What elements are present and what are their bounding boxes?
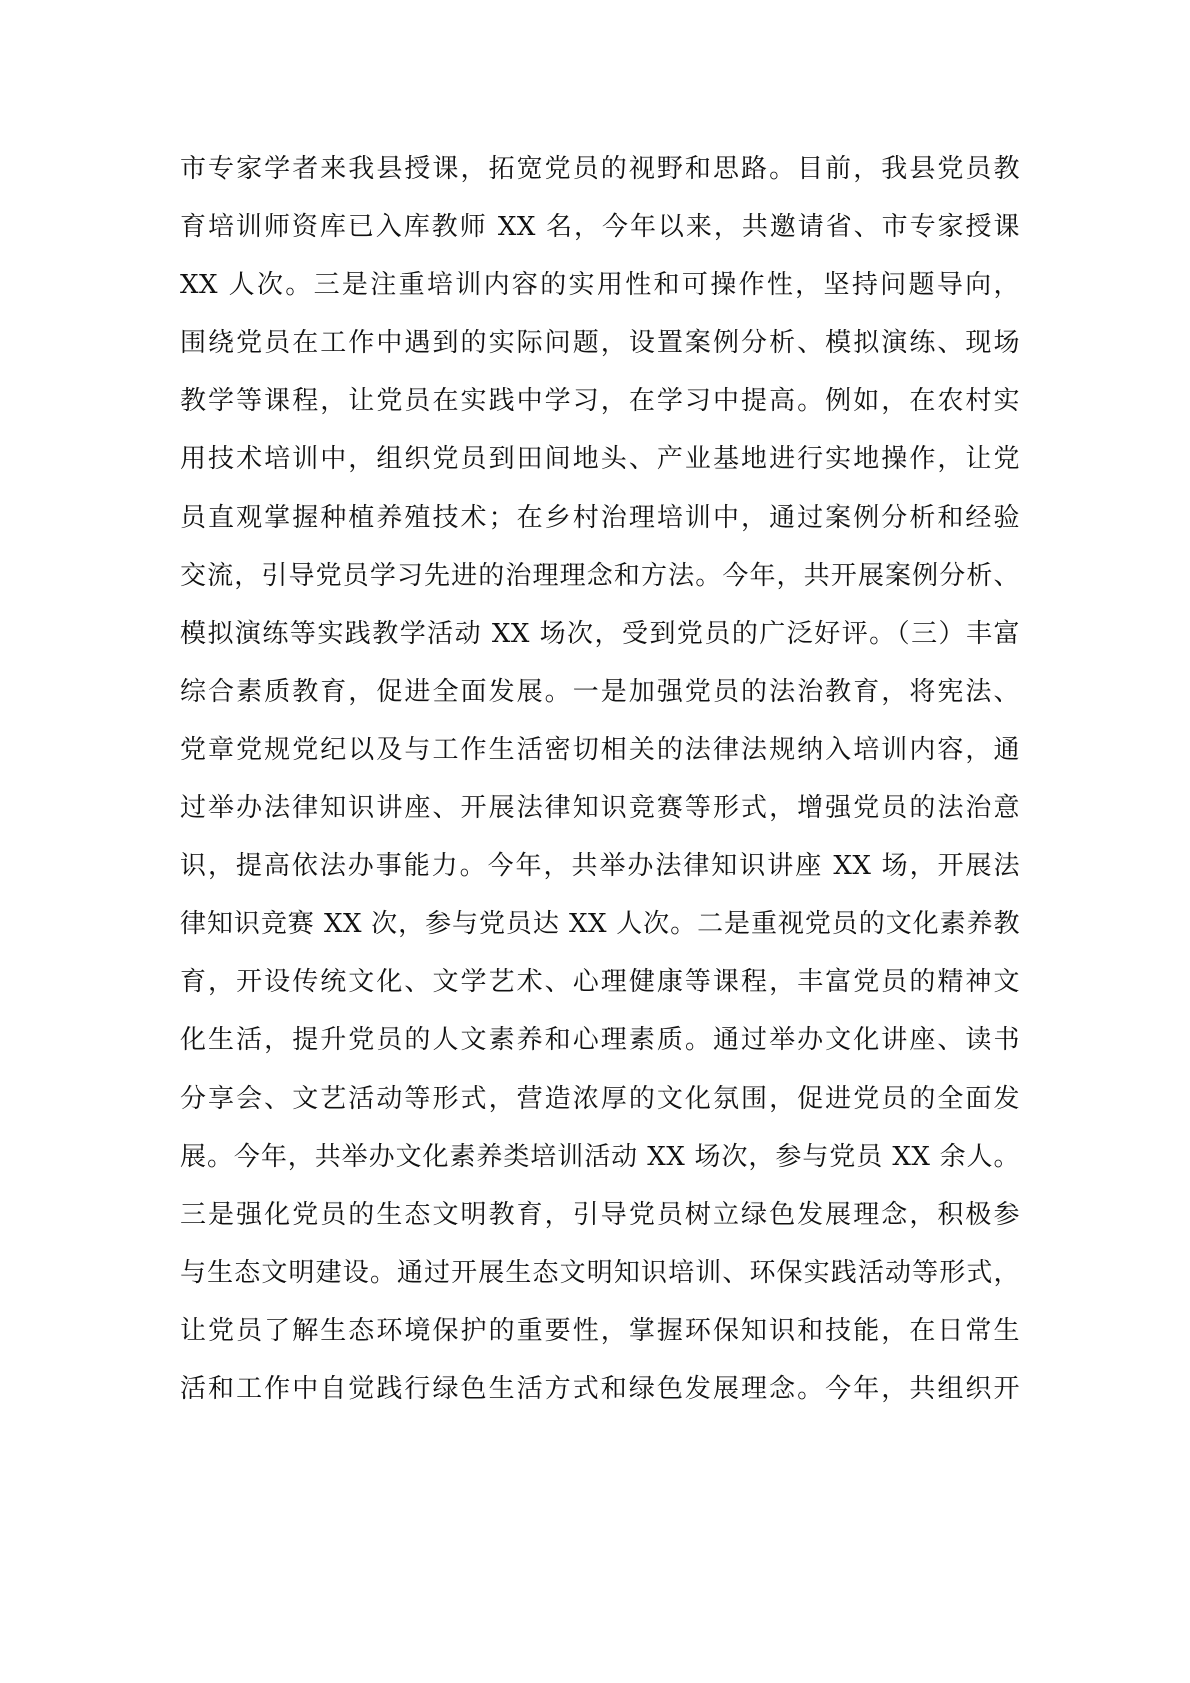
text-line: 分享会、文艺活动等形式，营造浓厚的文化氛围，促进党员的全面发: [180, 1070, 1020, 1128]
text-line: 教学等课程，让党员在实践中学习，在学习中提高。例如，在农村实: [180, 372, 1020, 430]
text-line: 育，开设传统文化、文学艺术、心理健康等课程，丰富党员的精神文: [180, 953, 1020, 1011]
text-line: 用技术培训中，组织党员到田间地头、产业基地进行实地操作，让党: [180, 430, 1020, 488]
text-line: 活和工作中自觉践行绿色生活方式和绿色发展理念。今年，共组织开: [180, 1360, 1020, 1418]
text-line: 律知识竞赛 XX 次，参与党员达 XX 人次。二是重视党员的文化素养教: [180, 895, 1020, 953]
text-line: 三是强化党员的生态文明教育，引导党员树立绿色发展理念，积极参: [180, 1186, 1020, 1244]
text-line: 围绕党员在工作中遇到的实际问题，设置案例分析、模拟演练、现场: [180, 314, 1020, 372]
text-line: 让党员了解生态环境保护的重要性，掌握环保知识和技能，在日常生: [180, 1302, 1020, 1360]
text-line: 员直观掌握种植养殖技术；在乡村治理培训中，通过案例分析和经验: [180, 489, 1020, 547]
body-text: 市专家学者来我县授课，拓宽党员的视野和思路。目前，我县党员教 育培训师资库已入库…: [180, 140, 1020, 1418]
text-line: 展。今年，共举办文化素养类培训活动 XX 场次，参与党员 XX 余人。: [180, 1128, 1020, 1186]
text-line: 识，提高依法办事能力。今年，共举办法律知识讲座 XX 场，开展法: [180, 837, 1020, 895]
text-line: 与生态文明建设。通过开展生态文明知识培训、环保实践活动等形式，: [180, 1244, 1020, 1302]
text-line: 育培训师资库已入库教师 XX 名，今年以来，共邀请省、市专家授课: [180, 198, 1020, 256]
document-page: 市专家学者来我县授课，拓宽党员的视野和思路。目前，我县党员教 育培训师资库已入库…: [0, 0, 1190, 1683]
text-line: 综合素质教育，促进全面发展。一是加强党员的法治教育，将宪法、: [180, 663, 1020, 721]
text-line: 市专家学者来我县授课，拓宽党员的视野和思路。目前，我县党员教: [180, 140, 1020, 198]
text-line: 模拟演练等实践教学活动 XX 场次，受到党员的广泛好评。（三）丰富: [180, 605, 1020, 663]
text-line: 过举办法律知识讲座、开展法律知识竞赛等形式，增强党员的法治意: [180, 779, 1020, 837]
text-line: XX 人次。三是注重培训内容的实用性和可操作性，坚持问题导向，: [180, 256, 1020, 314]
text-line: 交流，引导党员学习先进的治理理念和方法。今年，共开展案例分析、: [180, 547, 1020, 605]
text-line: 化生活，提升党员的人文素养和心理素质。通过举办文化讲座、读书: [180, 1011, 1020, 1069]
text-line: 党章党规党纪以及与工作生活密切相关的法律法规纳入培训内容，通: [180, 721, 1020, 779]
